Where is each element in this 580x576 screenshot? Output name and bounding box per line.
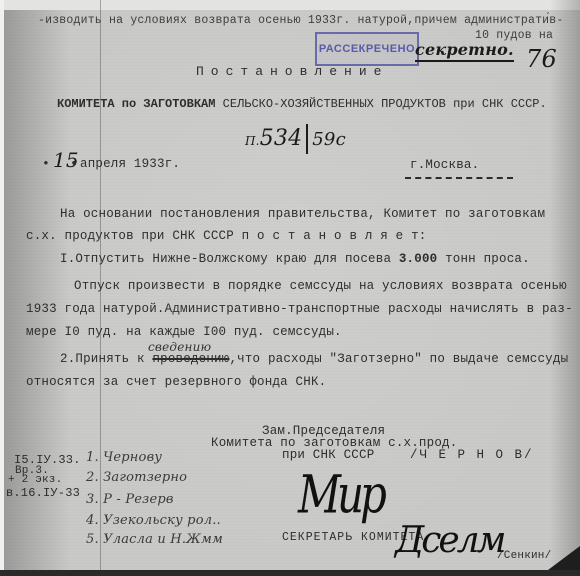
paragraph-2-line-1: Отпуск произвести в порядке семссуды на … [74,279,567,293]
signatory-name-chernov: /Ч Е Р Н О В/ [410,448,534,462]
scanned-document-page: -изводить на условиях возврата осенью 19… [0,0,580,576]
item-2-start: 2.Принять к [60,352,145,366]
committee-name-part2: СЕЛЬСКО-ХОЗЯЙСТВЕННЫХ ПРОДУКТОВ при СНК … [223,97,547,111]
item-1-text: I.Отпустить Нижне-Волжскому краю для пос… [60,252,391,266]
distribution-item: 4. Узекольску рол.. [86,513,221,528]
signature-chernov: Мир [298,464,383,525]
item-2-rest: ,что расходы "Заготзерно" по выдаче семс… [229,352,568,366]
dispatch-copies: + 2 экз. [8,474,62,486]
distribution-item: 5. Уласла и Н.Жмм [86,532,223,547]
item-1-amount: 3.000 [399,252,438,266]
item-1-unit: тонн проса. [445,252,530,266]
paragraph-2-line-3: мере I0 пуд. на каждые I00 пуд. семссуды… [26,325,342,339]
paragraph-2-line-2: 1933 года натурой.Административно-трансп… [26,302,573,316]
quote-mark-right: • [70,156,78,171]
page-left-edge [0,0,4,576]
archive-page-number: 76 [526,45,557,73]
secretary-name: /Сенкин/ [497,550,551,562]
item-1: I.Отпустить Нижне-Волжскому краю для пос… [60,252,530,266]
continuation-line-1: -изводить на условиях возврата осенью 19… [38,14,563,27]
distribution-item: 2. Заготзерно [86,470,187,485]
item-2: 2.Принять к проведению,что расходы "Заго… [60,352,568,366]
intro-line-1: На основании постановления правительства… [60,207,545,221]
declassified-stamp: РАССЕКРЕЧЕНО [315,32,419,66]
document-heading: Постановление [196,64,388,79]
registration-number: П.53459с [245,124,346,154]
item-2-struck-word: проведению [152,352,229,366]
distribution-item: 1. Чернову [86,450,162,465]
signatory-title-line-3: при СНК СССР [282,448,374,462]
place-underline [405,177,513,179]
page-top-band [0,0,580,10]
committee-name: КОМИТЕТА по ЗАГОТОВКАМ СЕЛЬСКО-ХОЗЯЙСТВЕ… [57,97,547,111]
distribution-item: 3. Р - Резерв [86,492,174,507]
intro-line-2: с.х. продуктов при СНК СССР п о с т а н … [26,229,426,243]
dispatch-sent-date: в.16.IУ-33 [6,486,80,500]
date-month-year: апреля 1933г. [80,157,180,171]
registration-prefix: П. [245,134,260,148]
registration-main-number: 534 [260,126,303,151]
resolves-word: п о с т а н о в л я е т: [242,229,427,243]
place: г.Москва. [410,158,479,172]
registration-suffix: 59с [312,129,346,150]
scan-bottom-edge [0,570,580,576]
quote-mark-left: • [42,156,50,171]
registration-separator [306,124,308,154]
intro-line-2-start: с.х. продуктов при СНК СССР [26,229,234,243]
secret-handwritten-mark: секретно. [415,40,514,62]
committee-name-part1: КОМИТЕТА по ЗАГОТОВКАМ [57,97,215,111]
signature-senkin: Дселм [395,520,504,561]
item-2-line-2: относятся за счет резервного фонда СНК. [26,375,326,389]
